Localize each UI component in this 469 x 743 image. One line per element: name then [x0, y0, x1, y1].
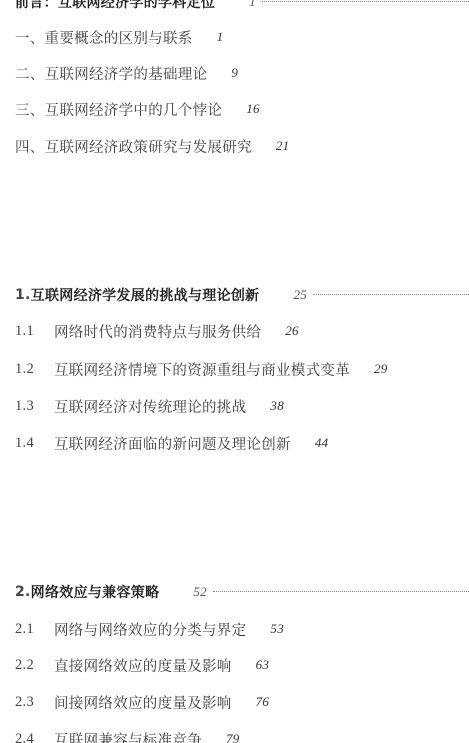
dotted-leader	[262, 1, 469, 2]
toc-heading-title: 前言：互联网经济学的学科定位	[15, 0, 215, 12]
section-number: 1.3	[15, 398, 54, 415]
toc-item-prefix: 一、	[15, 27, 45, 48]
section-number: 1.1	[15, 323, 54, 340]
toc-page-number: 76	[256, 694, 270, 710]
chapter-number: 2.	[15, 584, 31, 600]
toc-page-number: 21	[276, 138, 290, 154]
section-number: 2.1	[15, 621, 54, 638]
toc-chapter-1[interactable]: 1. 互联网经济学发展的挑战与理论创新 25	[15, 283, 469, 307]
toc-page-number: 26	[285, 323, 299, 339]
section-title: 互联网经济面临的新问题及理论创新	[54, 433, 291, 454]
toc-page-number: 9	[231, 65, 238, 81]
toc-page-number: 63	[256, 657, 270, 673]
section-title: 互联网经济情境下的资源重组与商业模式变革	[54, 359, 350, 380]
chapter-title: 互联网经济学发展的挑战与理论创新	[31, 285, 260, 305]
section-number: 1.2	[15, 361, 54, 378]
dotted-leader	[313, 294, 469, 295]
toc-page-number: 16	[246, 101, 260, 117]
toc-section-2-2[interactable]: 2.2 直接网络效应的度量及影响 63	[15, 653, 469, 677]
toc-page-number: 1	[249, 0, 256, 10]
toc-item-prefix: 三、	[15, 99, 45, 120]
toc-page-number: 29	[374, 361, 388, 377]
section-number: 2.3	[15, 694, 54, 711]
toc-item-preface-2[interactable]: 二、 互联网经济学的基础理论 9	[15, 61, 469, 85]
toc-page-number: 79	[226, 731, 240, 743]
chapter-number: 1.	[15, 287, 31, 303]
toc-item-title: 互联网经济学的基础理论	[45, 63, 208, 84]
toc-item-prefix: 四、	[15, 136, 45, 157]
toc-page-number: 52	[193, 584, 207, 600]
section-title: 直接网络效应的度量及影响	[54, 655, 232, 676]
toc-item-title: 互联网经济学中的几个悖论	[45, 99, 223, 120]
toc-preface-heading[interactable]: 前言：互联网经济学的学科定位 1	[15, 0, 469, 14]
toc-item-prefix: 二、	[15, 63, 45, 84]
toc-section-1-2[interactable]: 1.2 互联网经济情境下的资源重组与商业模式变革 29	[15, 357, 469, 381]
toc-page-number: 25	[293, 287, 307, 303]
toc-chapter-2[interactable]: 2. 网络效应与兼容策略 52	[15, 580, 469, 604]
toc-section-2-4[interactable]: 2.4 互联网兼容与标准竞争 79	[15, 727, 469, 743]
toc-item-title: 重要概念的区别与联系	[45, 27, 193, 48]
toc-item-preface-1[interactable]: 一、 重要概念的区别与联系 1	[15, 25, 469, 49]
toc-section-1-3[interactable]: 1.3 互联网经济对传统理论的挑战 38	[15, 394, 469, 418]
toc-page-number: 1	[217, 29, 224, 45]
toc-page-number: 38	[270, 398, 284, 414]
toc-page-number: 44	[315, 435, 329, 451]
toc-section-1-4[interactable]: 1.4 互联网经济面临的新问题及理论创新 44	[15, 431, 469, 455]
section-title: 网络与网络效应的分类与界定	[54, 619, 246, 640]
toc-page-number: 53	[270, 621, 284, 637]
toc-item-title: 互联网经济政策研究与发展研究	[45, 136, 252, 157]
section-number: 2.4	[15, 731, 54, 743]
section-title: 互联网兼容与标准竞争	[54, 729, 202, 743]
section-number: 1.4	[15, 435, 54, 452]
section-title: 间接网络效应的度量及影响	[54, 692, 232, 713]
chapter-title: 网络效应与兼容策略	[31, 582, 160, 602]
toc-item-preface-3[interactable]: 三、 互联网经济学中的几个悖论 16	[15, 97, 469, 121]
section-number: 2.2	[15, 657, 54, 674]
dotted-leader	[213, 591, 469, 592]
toc-section-2-1[interactable]: 2.1 网络与网络效应的分类与界定 53	[15, 617, 469, 641]
toc-section-1-1[interactable]: 1.1 网络时代的消费特点与服务供给 26	[15, 319, 469, 343]
toc-section-2-3[interactable]: 2.3 间接网络效应的度量及影响 76	[15, 690, 469, 714]
toc-item-preface-4[interactable]: 四、 互联网经济政策研究与发展研究 21	[15, 134, 469, 158]
section-title: 网络时代的消费特点与服务供给	[54, 321, 261, 342]
section-title: 互联网经济对传统理论的挑战	[54, 396, 246, 417]
